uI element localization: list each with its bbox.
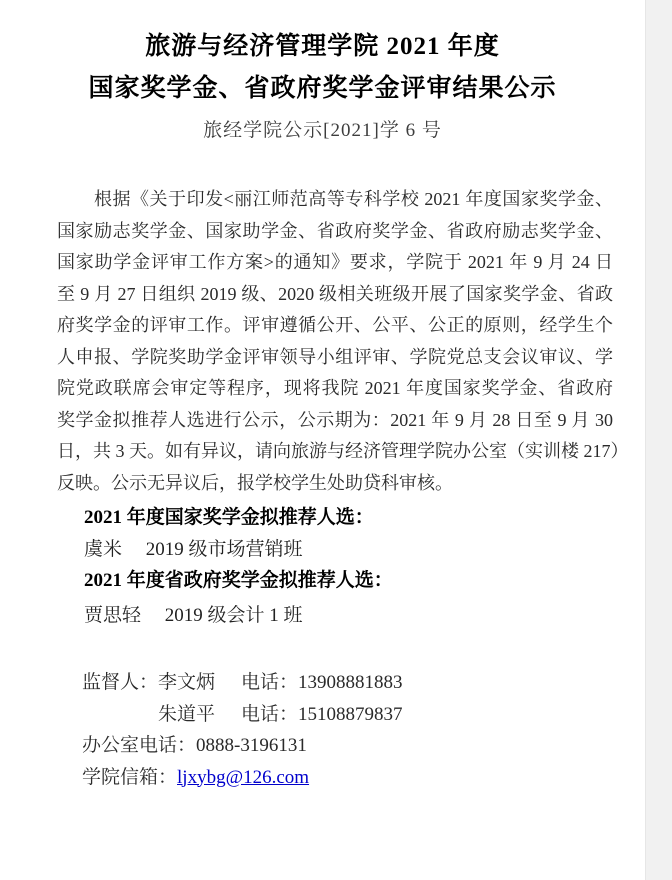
page-title-line1: 旅游与经济管理学院 2021 年度: [0, 0, 645, 64]
paragraph-line: 日，共 3 天。如有异议，请向旅游与经济管理学院办公室（实训楼 217）: [57, 436, 613, 468]
phone-label: 电话：: [241, 667, 298, 699]
office-phone: 办公室电话：0888-3196131: [82, 730, 307, 762]
contact-block: 监督人： 李文炳 电话： 13908881883 朱道平 电话： 1510887…: [82, 667, 645, 793]
paragraph-line: 国家助学金评审工作方案>的通知》要求，学院于 2021 年 9 月 24 日: [57, 247, 613, 279]
phone-label: 电话：: [241, 699, 298, 731]
viewer-edge-strip: [645, 0, 672, 880]
doc-number: 旅经学院公示[2021]学 6 号: [0, 118, 645, 144]
candidate-national: 虞米 2019 级市场营销班: [84, 534, 645, 566]
candidate-sections: 2021 年度国家奖学金拟推荐人选： 虞米 2019 级市场营销班 2021 年…: [84, 502, 645, 631]
supervisor-label: 监督人：: [82, 667, 158, 699]
section-header-national: 2021 年度国家奖学金拟推荐人选：: [84, 502, 645, 534]
paragraph-line: 国家励志奖学金、国家助学金、省政府奖学金、省政府励志奖学金、: [57, 216, 613, 248]
supervisor-name: 朱道平: [158, 699, 215, 731]
paragraph-line: 根据《关于印发<丽江师范高等专科学校 2021 年度国家奖学金、: [57, 184, 613, 216]
document-page: 旅游与经济管理学院 2021 年度 国家奖学金、省政府奖学金评审结果公示 旅经学…: [0, 0, 645, 880]
supervisor-row: 监督人： 李文炳 电话： 13908881883: [82, 667, 645, 699]
paragraph-line: 人申报、学院奖助学金评审领导小组评审、学院党总支会议审议、学: [57, 342, 613, 374]
office-phone-row: 办公室电话：0888-3196131: [82, 730, 645, 762]
supervisor-row: 朱道平 电话： 15108879837: [82, 699, 645, 731]
paragraph-line: 至 9 月 27 日组织 2019 级、2020 级相关班级开展了国家奖学金、省…: [57, 279, 613, 311]
section-header-provincial: 2021 年度省政府奖学金拟推荐人选：: [84, 565, 645, 597]
paragraph-line: 院党政联席会审定等程序，现将我院 2021 年度国家奖学金、省政府: [57, 373, 613, 405]
paragraph-line: 反映。公示无异议后，报学校学生处助贷科审核。: [57, 468, 613, 500]
paragraph-line: 府奖学金的评审工作。评审遵循公开、公平、公正的原则，经学生个: [57, 310, 613, 342]
paragraph-line: 奖学金拟推荐人选进行公示，公示期为：2021 年 9 月 28 日至 9 月 3…: [57, 405, 613, 437]
candidate-provincial: 贾思轻 2019 级会计 1 班: [84, 600, 645, 632]
indent-spacer: [82, 699, 158, 731]
email-label: 学院信箱：: [82, 762, 177, 794]
email-link[interactable]: ljxybg@126.com: [177, 762, 309, 794]
email-row: 学院信箱： ljxybg@126.com: [82, 762, 645, 794]
announcement-paragraph: 根据《关于印发<丽江师范高等专科学校 2021 年度国家奖学金、 国家励志奖学金…: [57, 184, 613, 499]
phone-number: 15108879837: [298, 699, 403, 731]
page-title-line2: 国家奖学金、省政府奖学金评审结果公示: [0, 72, 645, 106]
supervisor-name: 李文炳: [158, 667, 215, 699]
phone-number: 13908881883: [298, 667, 403, 699]
